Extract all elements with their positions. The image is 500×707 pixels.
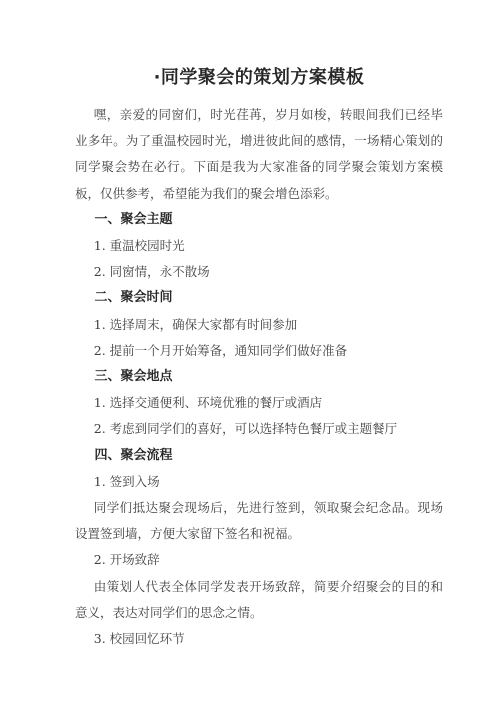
section-heading: 二、聚会时间 — [75, 285, 443, 311]
list-item: 2. 开场致辞 — [75, 547, 443, 573]
list-item: 1. 选择交通便利、环境优雅的餐厅或酒店 — [75, 390, 443, 416]
paragraph: 由策划人代表全体同学发表开场致辞，简要介绍聚会的目的和意义，表达对同学们的思念之… — [75, 574, 443, 626]
section-heading: 四、聚会流程 — [75, 443, 443, 469]
paragraph: 嘿，亲爱的同窗们，时光荏苒，岁月如梭，转眼间我们已经毕业多年。为了重温校园时光，… — [75, 102, 443, 207]
list-item: 2. 同窗情，永不散场 — [75, 259, 443, 285]
list-item: 2. 考虑到同学们的喜好，可以选择特色餐厅或主题餐厅 — [75, 416, 443, 442]
list-item: 1. 签到入场 — [75, 469, 443, 495]
document-title: ·同学聚会的策划方案模板 — [75, 64, 443, 92]
section-heading: 三、聚会地点 — [75, 364, 443, 390]
paragraph: 同学们抵达聚会现场后，先进行签到，领取聚会纪念品。现场设置签到墙，方便大家留下签… — [75, 495, 443, 547]
section-heading: 一、聚会主题 — [75, 207, 443, 233]
list-item: 1. 选择周末，确保大家都有时间参加 — [75, 312, 443, 338]
document-page: ·同学聚会的策划方案模板 嘿，亲爱的同窗们，时光荏苒，岁月如梭，转眼间我们已经毕… — [0, 0, 500, 707]
list-item: 3. 校园回忆环节 — [75, 626, 443, 652]
document-content: ·同学聚会的策划方案模板 嘿，亲爱的同窗们，时光荏苒，岁月如梭，转眼间我们已经毕… — [75, 64, 443, 652]
list-item: 1. 重温校园时光 — [75, 233, 443, 259]
list-item: 2. 提前一个月开始筹备，通知同学们做好准备 — [75, 338, 443, 364]
document-body: 嘿，亲爱的同窗们，时光荏苒，岁月如梭，转眼间我们已经毕业多年。为了重温校园时光，… — [75, 102, 443, 652]
